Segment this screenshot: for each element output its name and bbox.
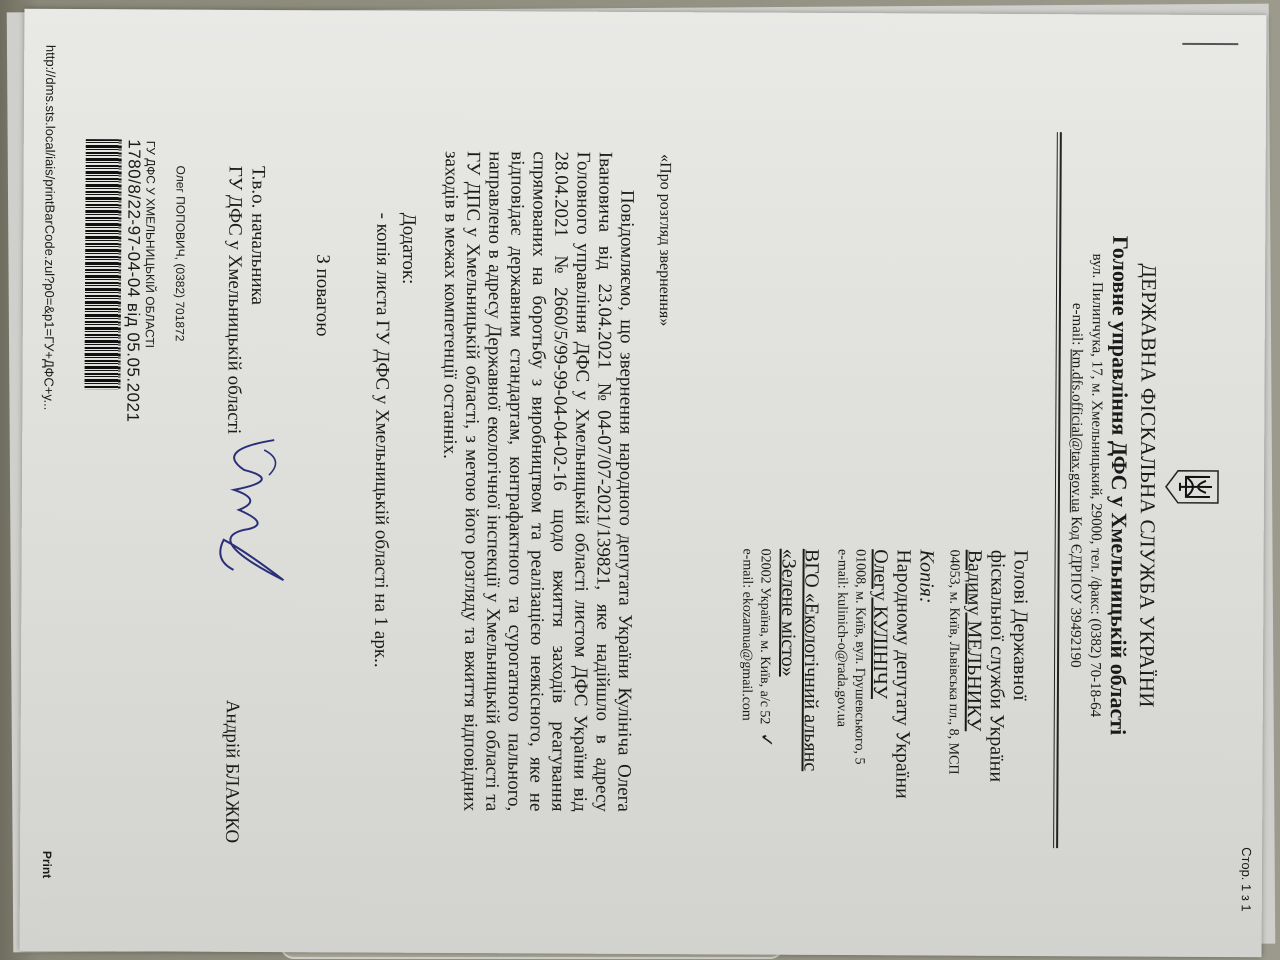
trident-crest-icon [1164, 467, 1220, 507]
recipient-name: Вадиму МЕЛЬНИКУ [961, 550, 986, 910]
copy2-email: e-mail: ekozamua@gmail.com [736, 548, 756, 908]
copy2-org-line1: ВГО «Екологічний альянс [798, 549, 823, 909]
annex-title: Додаток: [397, 213, 419, 285]
check-mark-icon: ✓ [758, 732, 776, 747]
page-counter: Стор. 1 з 1 [1239, 847, 1254, 912]
closing-regards: З повагою [311, 254, 333, 336]
department-contacts: e-mail: km.dfs.official@tax.gov.ua Код Є… [1065, 14, 1087, 956]
barcode-organization: ГУ ДФС У ХМЕЛЬНИЦЬКІЙ ОБЛАСТІ [143, 139, 158, 349]
print-url: http://dms.sts.local/iais/printBarCode.z… [41, 45, 58, 411]
recipients-block: Голові Державної фіскальної служби Украї… [736, 548, 1032, 910]
copy2-address: 02002 Україна, м. Київ, а/с 52 [757, 549, 773, 725]
letter-body: Повідомляємо, що звернення народного деп… [436, 151, 637, 812]
agency-name: ДЕРЖАВНА ФІСКАЛЬНА СЛУЖБА УКРАЇНИ [1133, 15, 1163, 957]
edrpou-code: Код ЄДРПОУ 39492190 [1067, 512, 1084, 667]
handwritten-signature [183, 430, 304, 591]
signer-title-line1: Т.в.о. начальника [245, 166, 269, 434]
recipient-title-2: фіскальної служби України [984, 550, 1009, 910]
staple [1182, 43, 1238, 45]
document-photo: Стор. 1 з 1 ДЕРЖАВНА ФІСКАЛЬНА СЛУЖБА УК… [20, 9, 1267, 957]
letter-subject: «Про розгляд звернення» [655, 154, 674, 326]
email-prefix: e-mail: [1069, 303, 1085, 349]
annex-item: - копія листа ГУ ДФС у Хмельницькій обла… [369, 213, 393, 668]
signer-title: Т.в.о. начальника ГУ ДФС у Хмельницькій … [222, 166, 269, 435]
signer-name: Андрій БЛАЖКО [220, 700, 243, 843]
executor-contact: Олег ПОПОВИЧ, (0382) 701872 [173, 166, 188, 342]
copy1-address: 01008, м. Київ, вул. Грушевського, 5 [849, 549, 869, 909]
registration-barcode: ГУ ДФС У ХМЕЛЬНИЦЬКІЙ ОБЛАСТІ 1780/8/22-… [84, 139, 158, 479]
copy1-title: Народному депутату України [890, 549, 915, 909]
copy1-email: e-mail: kulinich-o@rada.gov.ua [831, 549, 851, 909]
department-email: km.dfs.official@tax.gov.ua [1068, 349, 1085, 512]
body-paragraph: Повідомляємо, що звернення народного деп… [436, 151, 637, 812]
letter-page: Стор. 1 з 1 ДЕРЖАВНА ФІСКАЛЬНА СЛУЖБА УК… [20, 9, 1267, 957]
department-address: вул. Пилипчука, 17, м. Хмельницький, 290… [1085, 14, 1107, 956]
copy1-name: Олегу КУЛІНІЧУ [867, 549, 892, 909]
signer-title-line2: ГУ ДФС у Хмельницькій області [222, 166, 246, 434]
recipient-title-1: Голові Державної [1007, 550, 1032, 910]
copy2-org-line2: «Зелене місто» [775, 549, 800, 909]
print-label: Print [40, 851, 54, 878]
barcode-bars [84, 139, 121, 389]
copies-label: Копія: [913, 549, 939, 909]
copy2-address-row: 02002 Україна, м. Київ, а/с 52✓ [754, 549, 777, 909]
recipient-address: 04053, м. Київ, Львівська пл., 8, МСП [943, 550, 963, 910]
barcode-number: 1780/8/22-97-04-04 від 05.05.2021 [122, 139, 144, 479]
department-name: Головне управління ДФС у Хмельницькій об… [1104, 14, 1135, 956]
